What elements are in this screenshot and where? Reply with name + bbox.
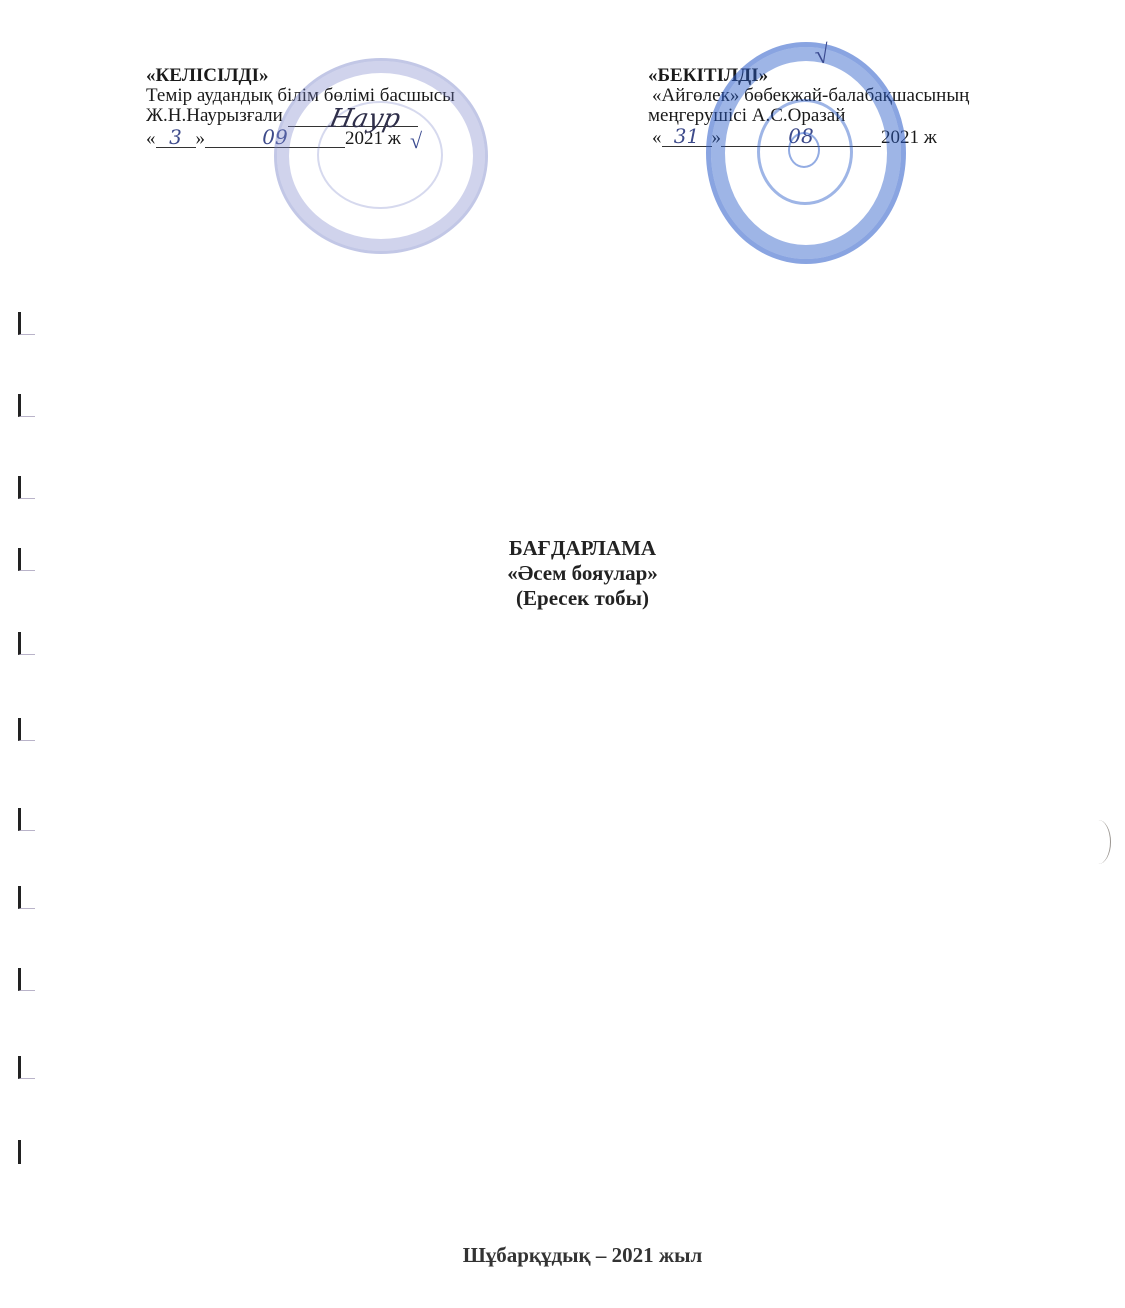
binder-hole-mark: [18, 312, 35, 335]
binder-hole-mark: [18, 632, 35, 655]
binder-hole-mark: [18, 718, 35, 741]
binder-hole-mark: [18, 1056, 35, 1079]
binder-hole-mark: [18, 968, 35, 991]
binder-hole-mark: [18, 886, 35, 909]
stamp-left-icon: [274, 58, 488, 254]
date-day: 31: [662, 126, 712, 147]
program-title-block: БАҒДАРЛАМА «Әсем бояулар» (Ересек тобы): [0, 536, 1125, 611]
agreed-name: Ж.Н.Наурызғали: [146, 105, 283, 126]
page-edge-arc: [1086, 820, 1111, 864]
date-day: 3: [156, 127, 196, 148]
binder-hole-mark: [18, 1140, 35, 1164]
footer-place-year: Шұбарқұдық – 2021 жыл: [0, 1243, 1125, 1268]
signature-left: Наур: [327, 104, 403, 134]
binder-hole-mark: [18, 548, 35, 571]
program-group: (Ересек тобы): [0, 586, 1125, 611]
binder-hole-mark: [18, 394, 35, 417]
stamp-right-icon: [706, 42, 906, 264]
program-subtitle: «Әсем бояулар»: [0, 561, 1125, 586]
check-mark-icon: √: [410, 128, 422, 154]
binder-hole-mark: [18, 808, 35, 831]
binder-hole-mark: [18, 476, 35, 499]
emblem-icon: [788, 132, 820, 168]
program-title: БАҒДАРЛАМА: [0, 536, 1125, 561]
